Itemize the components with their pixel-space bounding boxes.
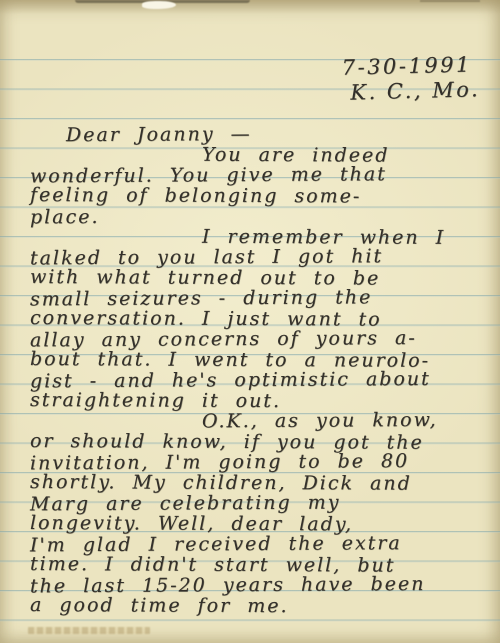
date-line: 7-30-1991 (341, 52, 479, 81)
letter-line: shortly. My children, Dick and (30, 472, 486, 494)
letter-line: or should know, if you got the (30, 431, 486, 453)
illegible-printed-stamp (28, 627, 150, 634)
letter-line: longevity. Well, dear lady, (30, 513, 486, 535)
letter-line: feeling of belonging some- (30, 185, 486, 207)
letter-line: a good time for me. (30, 595, 486, 617)
torn-edge-mark (420, 0, 480, 2)
date-block: 7-30-1991 K. C., Mo. (341, 52, 480, 106)
letter-line: I remember when I (30, 226, 486, 248)
place-line: K. C., Mo. (342, 77, 480, 106)
letter-line-salutation: Dear Joanny — (30, 123, 486, 146)
letter-line: conversation. I just want to (30, 308, 486, 330)
letter-line: place. (30, 205, 486, 228)
letter-line: You are indeed (30, 144, 486, 166)
letter-body: Dear Joanny — You are indeed wonderful. … (30, 124, 486, 616)
letter-page: 7-30-1991 K. C., Mo. Dear Joanny — You a… (0, 0, 500, 643)
letter-line: with what turned out to be (30, 267, 486, 289)
